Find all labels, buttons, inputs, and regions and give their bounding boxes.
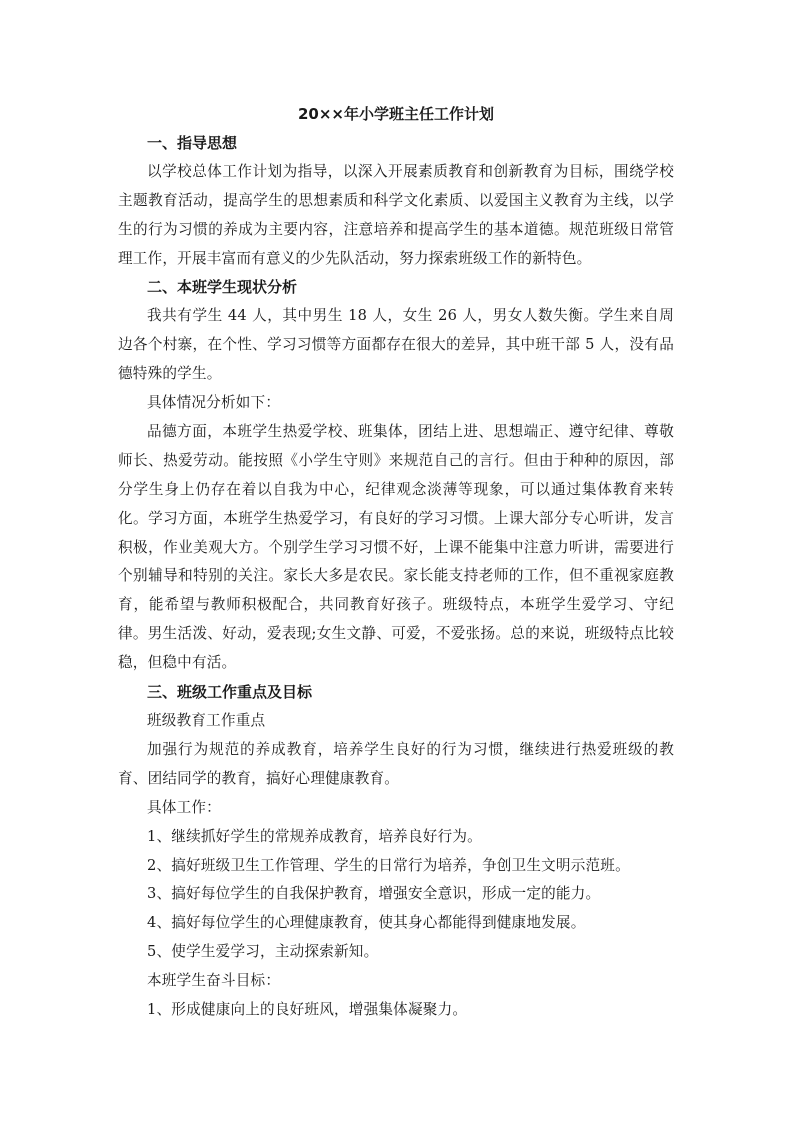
paragraph: 加强行为规范的养成教育，培养学生良好的行为习惯，继续进行热爱班级的教育、团结同学… <box>118 736 674 794</box>
section-heading: 二、本班学生现状分析 <box>118 273 674 302</box>
paragraph: 品德方面，本班学生热爱学校、班集体，团结上进、思想端正、遵守纪律、尊敬师长、热爱… <box>118 418 674 678</box>
section-class-analysis: 二、本班学生现状分析 我共有学生 44 人，其中男生 18 人，女生 26 人，… <box>118 273 674 678</box>
list-item: 1、继续抓好学生的常规养成教育，培养良好行为。 <box>118 823 674 852</box>
section-guiding-ideology: 一、指导思想 以学校总体工作计划为指导，以深入开展素质教育和创新教育为目标，围绕… <box>118 129 674 274</box>
section-heading: 三、班级工作重点及目标 <box>118 678 674 707</box>
document-page: 20××年小学班主任工作计划 一、指导思想 以学校总体工作计划为指导，以深入开展… <box>118 100 674 1025</box>
list-item: 3、搞好每位学生的自我保护教育，增强安全意识，形成一定的能力。 <box>118 880 674 909</box>
list-item: 5、使学生爱学习，主动探索新知。 <box>118 938 674 967</box>
document-title: 20××年小学班主任工作计划 <box>118 100 674 129</box>
list-item: 2、搞好班级卫生工作管理、学生的日常行为培养，争创卫生文明示范班。 <box>118 852 674 881</box>
subheading: 班级教育工作重点 <box>118 707 674 736</box>
paragraph: 具体情况分析如下： <box>118 389 674 418</box>
paragraph: 我共有学生 44 人，其中男生 18 人，女生 26 人，男女人数失衡。学生来自… <box>118 302 674 389</box>
list-item: 1、形成健康向上的良好班风，增强集体凝聚力。 <box>118 996 674 1025</box>
section-heading: 一、指导思想 <box>118 129 674 158</box>
paragraph: 以学校总体工作计划为指导，以深入开展素质教育和创新教育为目标，围绕学校主题教育活… <box>118 158 674 274</box>
section-work-focus-and-goals: 三、班级工作重点及目标 班级教育工作重点 加强行为规范的养成教育，培养学生良好的… <box>118 678 674 1025</box>
list-item: 4、搞好每位学生的心理健康教育，使其身心都能得到健康地发展。 <box>118 909 674 938</box>
subheading: 具体工作： <box>118 794 674 823</box>
subheading: 本班学生奋斗目标： <box>118 967 674 996</box>
